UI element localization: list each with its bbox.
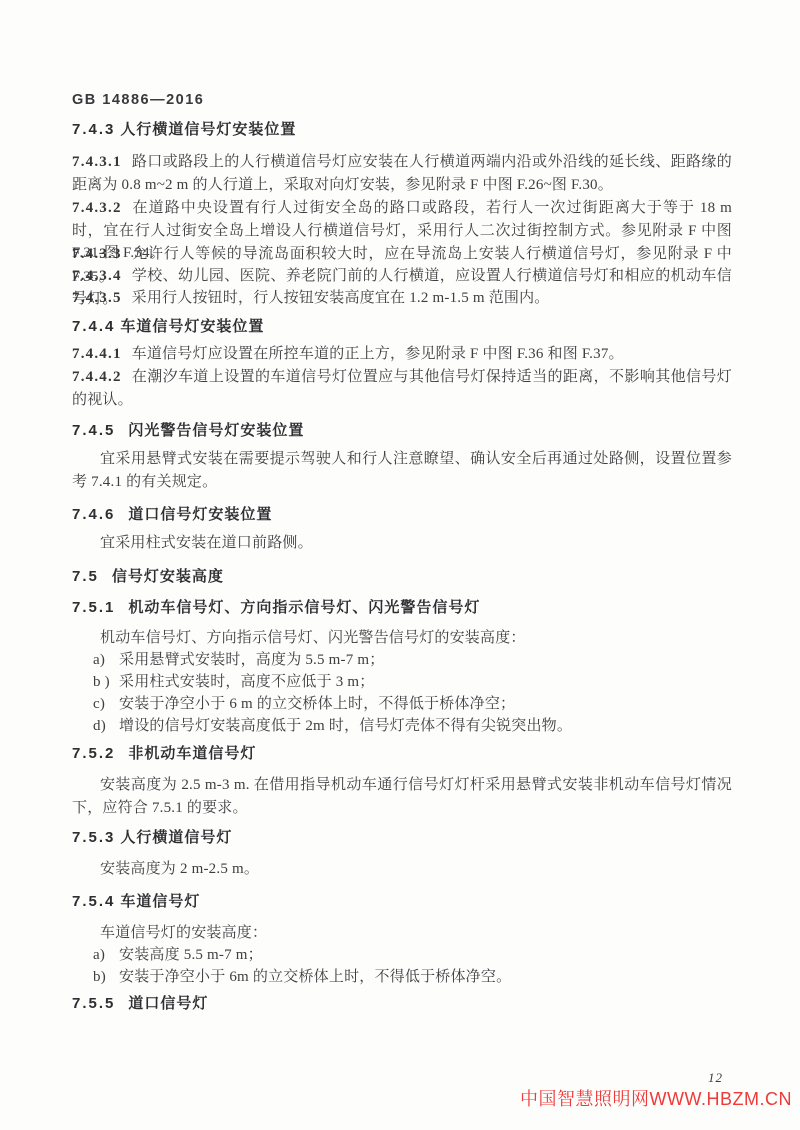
paragraph-7-4-5: 宜采用悬臂式安装在需要提示驾驶人和行人注意瞭望、确认安全后再通过处路侧，设置位置…	[72, 448, 732, 493]
document-page: GB 14886—2016 7.4.3人行横道信号灯安装位置 7.4.3.1路口…	[0, 0, 800, 1130]
section-heading-7-5-2: 7.5.2非机动车道信号灯	[72, 743, 732, 766]
section-number: 7.5.4	[72, 893, 115, 910]
item-text: 增设的信号灯安装高度低于 2m 时，信号灯壳体不得有尖锐突出物。	[119, 718, 572, 734]
section-heading-7-5: 7.5信号灯安装高度	[72, 566, 732, 589]
section-title: 机动车信号灯、方向指示信号灯、闪光警告信号灯	[128, 599, 480, 616]
clause-text: 路口或路段上的人行横道信号灯应安装在人行横道两端内沿或外沿线的延长线、距路缘的距…	[72, 154, 732, 193]
list-item-b: b )采用柱式安装时，高度不应低于 3 m；	[72, 671, 753, 694]
section-number: 7.4.3	[72, 121, 115, 138]
section-number: 7.5.5	[72, 995, 115, 1012]
section-heading-7-5-1: 7.5.1机动车信号灯、方向指示信号灯、闪光警告信号灯	[72, 597, 732, 620]
section-number: 7.4.4	[72, 318, 115, 335]
list-item-c: c)安装于净空小于 6 m 的立交桥体上时，不得低于桥体净空；	[72, 693, 753, 716]
section-heading-7-4-4: 7.4.4车道信号灯安装位置	[72, 316, 732, 339]
section-number: 7.4.5	[72, 422, 115, 439]
paragraph-7-5-2: 安装高度为 2.5 m-3 m. 在借用指导机动车通行信号灯灯杆采用悬臂式安装非…	[72, 774, 732, 819]
section-number: 7.5.1	[72, 599, 115, 616]
clause-number: 7.4.3.3	[72, 246, 122, 262]
clause-number: 7.4.4.2	[72, 369, 122, 385]
section-heading-7-5-3: 7.5.3人行横道信号灯	[72, 827, 732, 850]
section-heading-7-5-5: 7.5.5道口信号灯	[72, 993, 732, 1016]
standard-number: GB 14886—2016	[72, 92, 204, 108]
clause-7-4-4-2: 7.4.4.2在潮汐车道上设置的车道信号灯位置应与其他信号灯保持适当的距离，不影…	[72, 366, 732, 411]
list-item-a: a)采用悬臂式安装时，高度为 5.5 m-7 m；	[72, 649, 753, 672]
list-item-d: d)增设的信号灯安装高度低于 2m 时，信号灯壳体不得有尖锐突出物。	[72, 715, 753, 738]
clause-number: 7.4.4.1	[72, 346, 122, 362]
clause-7-4-3-5: 7.4.3.5采用行人按钮时，行人按钮安装高度宜在 1.2 m-1.5 m 范围…	[72, 287, 732, 310]
page-number: 12	[708, 1070, 723, 1086]
section-number: 7.5.3	[72, 829, 115, 846]
section-title: 道口信号灯	[128, 995, 208, 1012]
item-text: 采用悬臂式安装时，高度为 5.5 m-7 m；	[119, 652, 384, 668]
section-title: 非机动车道信号灯	[128, 745, 256, 762]
clause-7-4-3-1: 7.4.3.1路口或路段上的人行横道信号灯应安装在人行横道两端内沿或外沿线的延长…	[72, 151, 732, 196]
clause-number: 7.4.3.1	[72, 154, 122, 170]
item-label: a)	[93, 944, 119, 967]
item-text: 采用柱式安装时，高度不应低于 3 m；	[119, 674, 374, 690]
list-item-a2: a)安装高度 5.5 m-7 m；	[72, 944, 753, 967]
section-heading-7-4-5: 7.4.5闪光警告信号灯安装位置	[72, 420, 732, 443]
section-number: 7.5	[72, 568, 99, 585]
paragraph-7-5-4: 车道信号灯的安装高度：	[72, 922, 732, 945]
section-number: 7.4.6	[72, 506, 115, 523]
clause-text: 在潮汐车道上设置的车道信号灯位置应与其他信号灯保持适当的距离，不影响其他信号灯的…	[72, 369, 732, 408]
section-title: 车道信号灯	[120, 893, 200, 910]
item-label: c)	[93, 693, 119, 716]
item-label: a)	[93, 649, 119, 672]
paragraph-7-5-1: 机动车信号灯、方向指示信号灯、闪光警告信号灯的安装高度：	[72, 627, 732, 650]
clause-text: 采用行人按钮时，行人按钮安装高度宜在 1.2 m-1.5 m 范围内。	[132, 290, 550, 306]
section-heading-7-5-4: 7.5.4车道信号灯	[72, 891, 732, 914]
list-item-b2: b)安装于净空小于 6m 的立交桥体上时，不得低于桥体净空。	[72, 966, 753, 989]
section-heading-7-4-3: 7.4.3人行横道信号灯安装位置	[72, 119, 732, 142]
clause-number: 7.4.3.4	[72, 268, 122, 284]
section-title: 人行横道信号灯安装位置	[120, 121, 296, 138]
paragraph-7-4-6: 宜采用柱式安装在道口前路侧。	[72, 532, 732, 555]
section-title: 道口信号灯安装位置	[128, 506, 272, 523]
clause-7-4-4-1: 7.4.4.1车道信号灯应设置在所控车道的正上方，参见附录 F 中图 F.36 …	[72, 343, 732, 366]
paragraph-7-5-3: 安装高度为 2 m-2.5 m。	[72, 858, 732, 881]
item-text: 安装于净空小于 6 m 的立交桥体上时，不得低于桥体净空；	[119, 696, 515, 712]
section-title: 车道信号灯安装位置	[120, 318, 264, 335]
section-title: 闪光警告信号灯安装位置	[128, 422, 304, 439]
item-label: d)	[93, 715, 119, 738]
clause-number: 7.4.3.2	[72, 200, 122, 216]
section-title: 信号灯安装高度	[112, 568, 224, 585]
clause-text: 车道信号灯应设置在所控车道的正上方，参见附录 F 中图 F.36 和图 F.37…	[132, 346, 624, 362]
section-heading-7-4-6: 7.4.6道口信号灯安装位置	[72, 504, 732, 527]
watermark-text: 中国智慧照明网WWW.HBZM.CN	[520, 1085, 792, 1111]
clause-number: 7.4.3.5	[72, 290, 122, 306]
section-number: 7.5.2	[72, 745, 115, 762]
item-text: 安装高度 5.5 m-7 m；	[119, 947, 263, 963]
item-text: 安装于净空小于 6m 的立交桥体上时，不得低于桥体净空。	[119, 969, 511, 985]
section-title: 人行横道信号灯	[120, 829, 232, 846]
item-label: b )	[93, 671, 119, 694]
item-label: b)	[93, 966, 119, 989]
